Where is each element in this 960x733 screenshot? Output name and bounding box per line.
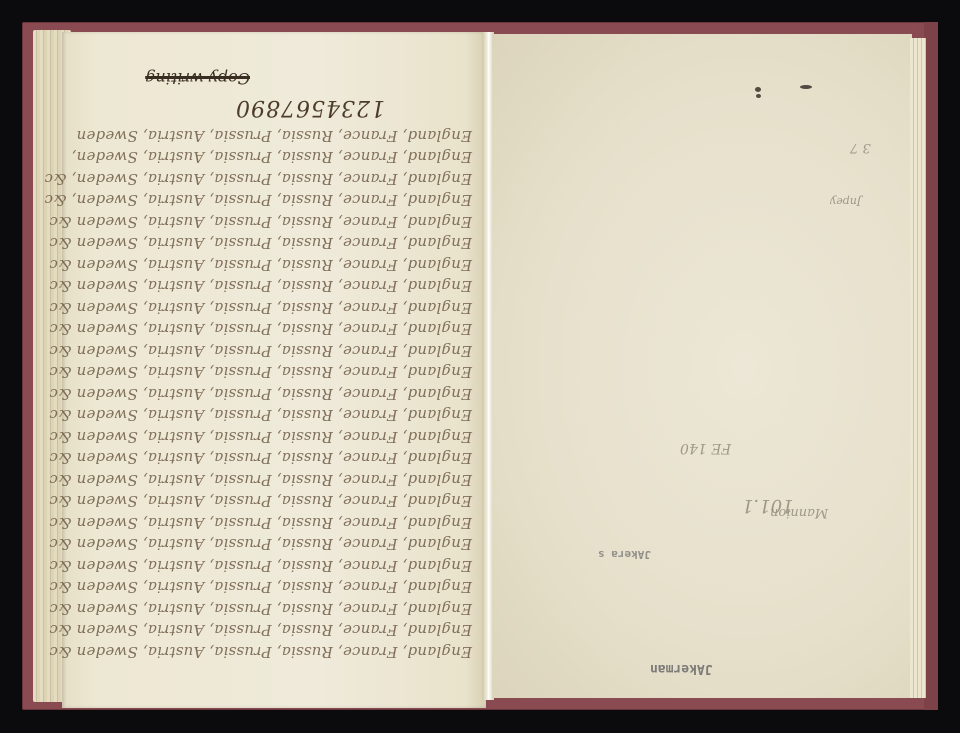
crossed-out-word: Copy writing (145, 69, 250, 88)
handwriting-line: England, France, Russia, Prussia, Austri… (49, 557, 472, 575)
pencil-note-margin-2: Jnpey (830, 195, 861, 208)
handwriting-line: England, France, Russia, Prussia, Austri… (49, 407, 472, 425)
handwriting-line: England, France, Russia, Prussia, Austri… (49, 385, 472, 403)
handwriting-line: England, France, Russia, Prussia, Austri… (49, 450, 472, 468)
handwriting-line: England, France, Russia, Prussia, Austri… (49, 493, 472, 511)
ink-blot (755, 87, 761, 92)
handwriting-line: England, France, Russia, Prussia, Austri… (44, 192, 472, 210)
handwriting-line: England, France, Russia, Prussia, Austri… (49, 299, 472, 317)
handwriting-line: England, France, Russia, Prussia, Austri… (49, 278, 472, 296)
right-page-stack (910, 38, 926, 698)
handwriting-line: England, France, Russia, Prussia, Austri… (49, 364, 472, 382)
owner-stamp: JAkerman (650, 661, 713, 676)
ink-blot (800, 85, 812, 89)
handwriting-line: England, France, Russia, Prussia, Austri… (49, 235, 472, 253)
handwriting-line: England, France, Russia, Prussia, Austri… (49, 622, 472, 640)
pencil-note-name: Mannion (770, 505, 828, 520)
handwriting-line: England, France, Russia, Prussia, Austri… (49, 471, 472, 489)
cover-edge (924, 22, 938, 710)
pencil-note-code: FE 140 (680, 440, 731, 456)
handwriting-line: England, France, Russia, Prussia, Austri… (76, 127, 472, 145)
handwriting-line: England, France, Russia, Prussia, Austri… (49, 342, 472, 360)
handwriting-line: England, France, Russia, Prussia, Austri… (49, 579, 472, 597)
handwriting-line: England, France, Russia, Prussia, Austri… (49, 600, 472, 618)
ink-blot (756, 94, 761, 98)
handwriting-line: England, France, Russia, Prussia, Austri… (44, 170, 472, 188)
owner-stamp-faint: JAkera s (598, 548, 651, 561)
pencil-note-margin: 3 7 (850, 140, 871, 155)
handwriting-line: England, France, Russia, Prussia, Austri… (49, 213, 472, 231)
handwriting-line: England, France, Russia, Prussia, Austri… (49, 643, 472, 661)
handwriting-line: England, France, Russia, Prussia, Austri… (71, 149, 472, 167)
handwriting-exercise: Copy writing 1234567890 England, France,… (70, 40, 480, 700)
handwriting-line: England, France, Russia, Prussia, Austri… (49, 428, 472, 446)
handwriting-line: England, France, Russia, Prussia, Austri… (49, 536, 472, 554)
handwriting-line: England, France, Russia, Prussia, Austri… (49, 514, 472, 532)
handwriting-line: England, France, Russia, Prussia, Austri… (49, 321, 472, 339)
right-page (492, 34, 912, 698)
numerals-heading: 1234567890 (235, 95, 385, 120)
handwriting-line: England, France, Russia, Prussia, Austri… (49, 256, 472, 274)
